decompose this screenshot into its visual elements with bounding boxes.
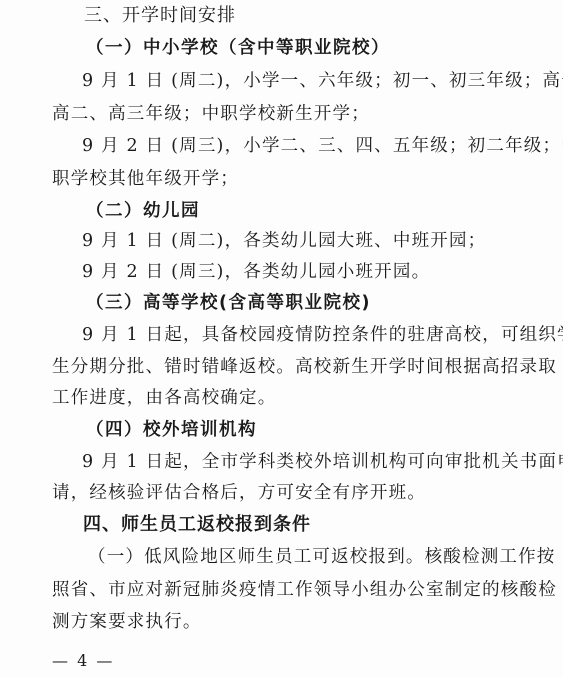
paragraph-line: 9 月 2 日 (周三)，小学二、三、四、五年级；初二年级；中 [82, 135, 563, 157]
paragraph-line: 工作进度，由各高校确定。 [52, 387, 276, 409]
section-heading-3: 三、开学时间安排 [84, 5, 236, 27]
paragraph-line: 生分期分批、错时错峰返校。高校新生开学时间根据高招录取 [52, 356, 557, 378]
paragraph-line: 照省、市应对新冠肺炎疫情工作领导小组办公室制定的核酸检 [52, 579, 557, 601]
paragraph-line: 职学校其他年级开学； [52, 168, 239, 190]
paragraph-line: 9 月 1 日 (周二)，小学一、六年级；初一、初三年级；高一、 [82, 70, 563, 92]
paragraph-line: 请，经核验评估合格后，方可安全有序开班。 [52, 482, 426, 504]
paragraph-line: 9 月 1 日起，全市学科类校外培训机构可向审批机关书面申 [82, 451, 563, 473]
subheading-primary-schools: （一）中小学校（含中等职业院校） [86, 37, 390, 59]
section-heading-4: 四、师生员工返校报到条件 [83, 514, 311, 536]
paragraph-line: 测方案要求执行。 [52, 611, 202, 633]
page-number: — 4 — [52, 651, 114, 670]
subheading-training-institutions: （四）校外培训机构 [86, 419, 257, 441]
paragraph-line: 高二、高三年级；中职学校新生开学； [52, 103, 370, 125]
subheading-higher-education: （三）高等学校(含高等职业院校) [86, 292, 371, 314]
paragraph-line: 9 月 1 日 (周二)，各类幼儿园大班、中班开园； [82, 230, 486, 252]
paragraph-line: （一）低风险地区师生员工可返校报到。核酸检测工作按 [88, 546, 556, 568]
document-page: 三、开学时间安排 （一）中小学校（含中等职业院校） 9 月 1 日 (周二)，小… [0, 0, 563, 677]
subheading-kindergarten: （二）幼儿园 [86, 200, 200, 222]
paragraph-line: 9 月 1 日起，具备校园疫情防控条件的驻唐高校，可组织学 [82, 324, 563, 346]
paragraph-line: 9 月 2 日 (周三)，各类幼儿园小班开园。 [82, 261, 430, 283]
